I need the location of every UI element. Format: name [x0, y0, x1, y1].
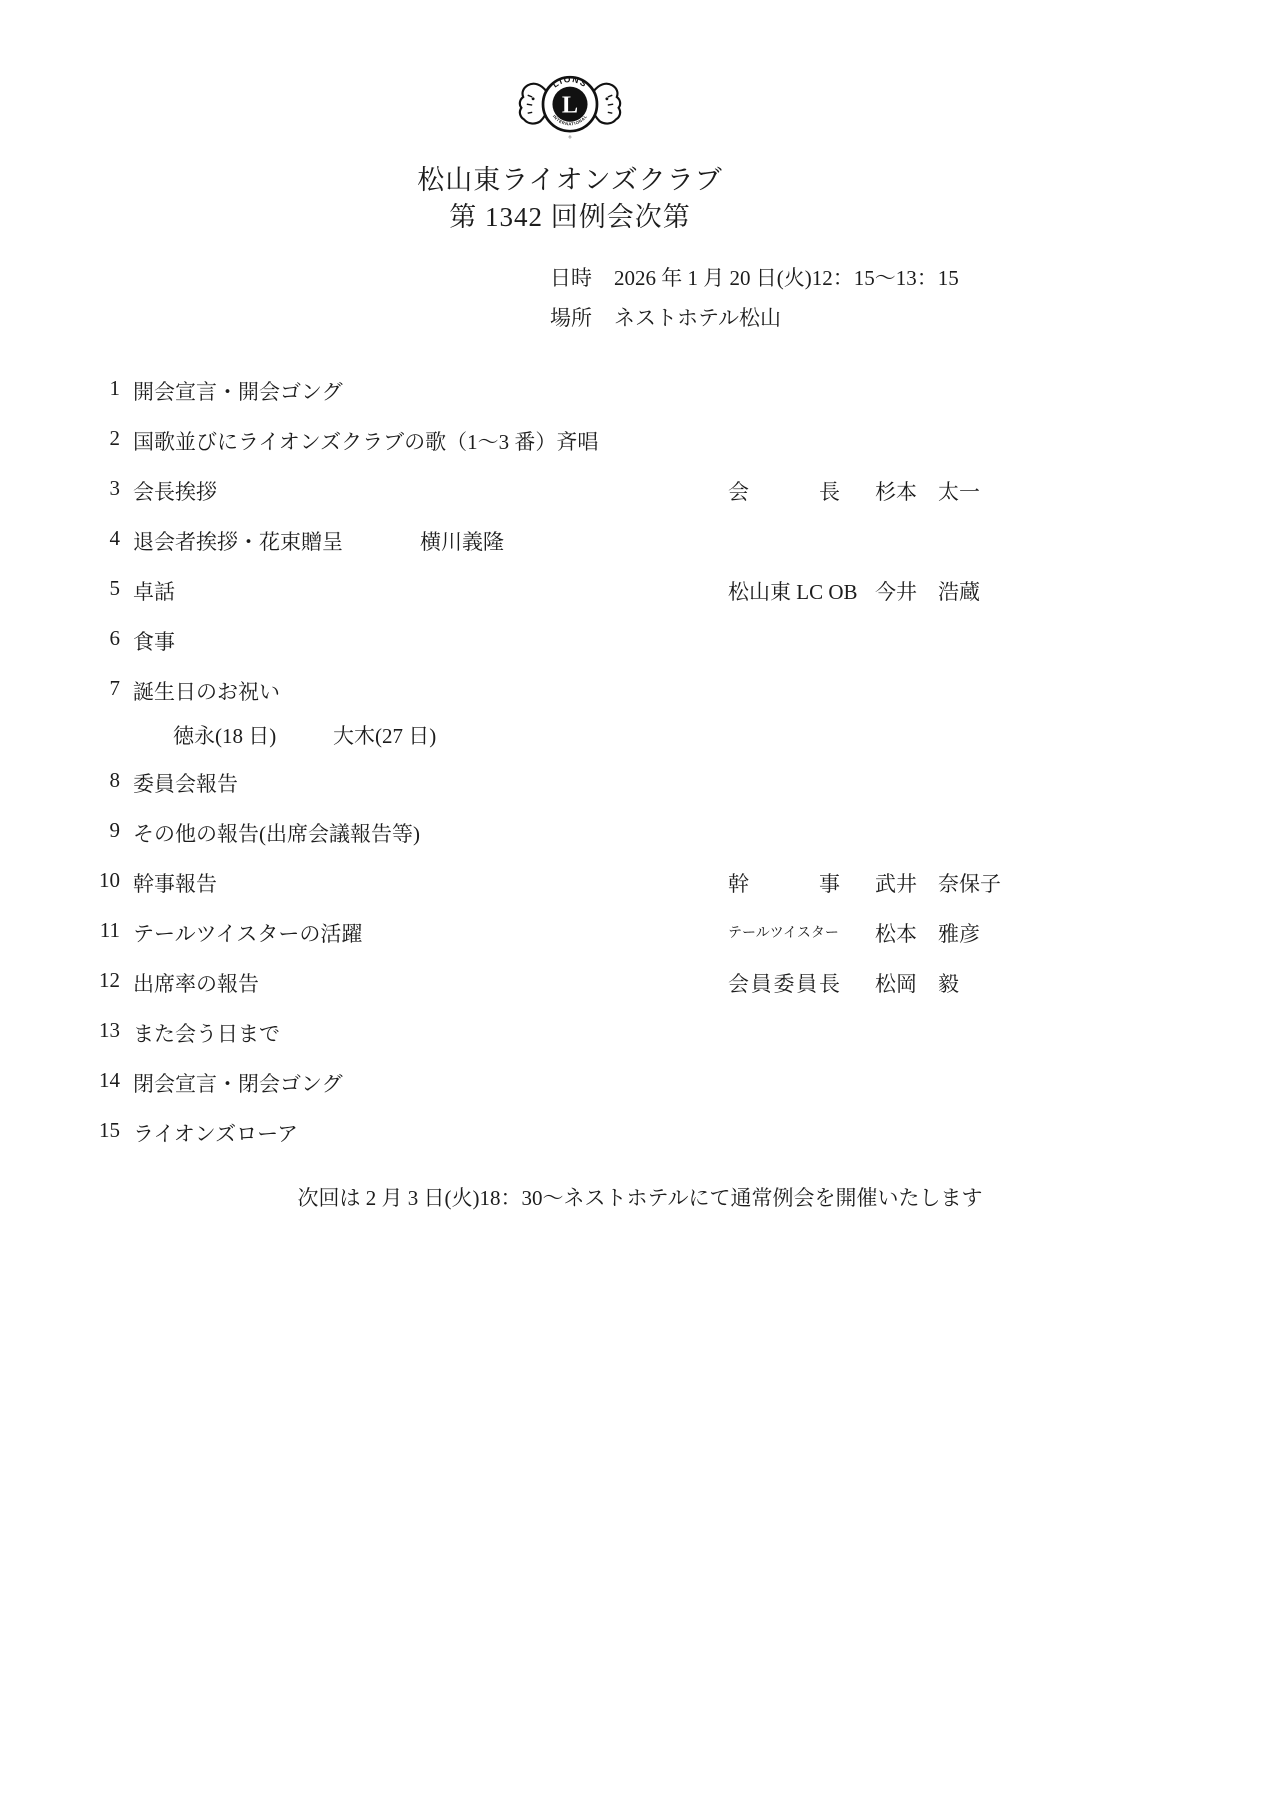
agenda-item-right-column: 幹事 武井 奈保子: [728, 868, 840, 898]
logo-container: L LIONS INTERNATIONAL ®: [70, 52, 1070, 165]
agenda-item-number: 9: [80, 818, 120, 843]
logo-center-letter: L: [562, 92, 578, 119]
officer-role: 会長: [728, 476, 840, 506]
agenda-row: 6 食事: [70, 618, 1210, 668]
agenda-item-label: 会長挨拶: [133, 476, 217, 506]
club-title: 松山東ライオンズクラブ: [70, 162, 1070, 199]
agenda-row: 12 出席率の報告 会員委員長 松岡 毅: [70, 960, 1210, 1010]
agenda-row: 15 ライオンズローア: [70, 1110, 1210, 1160]
meeting-meta: 日時2026 年 1 月 20 日(火)12：15～13：15 場所ネストホテル…: [550, 258, 959, 338]
agenda-row: 1 開会宣言・開会ゴング: [70, 368, 1210, 418]
agenda-item-label: テールツイスターの活躍: [133, 918, 362, 948]
agenda-item-right-column: 会員委員長 松岡 毅: [728, 968, 840, 998]
agenda-item-label: 出席率の報告: [133, 968, 259, 998]
agenda-item-number: 11: [80, 918, 120, 943]
agenda-item-number: 14: [80, 1068, 120, 1093]
agenda-row: 3 会長挨拶 会長 杉本 太一: [70, 468, 1210, 518]
officer-role: 会員委員長: [728, 968, 840, 998]
agenda-item-right-column: 松山東 LC OB 今井 浩蔵: [728, 576, 858, 606]
agenda-row: 11 テールツイスターの活躍 テールツイスター 松本 雅彦: [70, 910, 1210, 960]
lions-international-logo-icon: L LIONS INTERNATIONAL ®: [516, 52, 624, 160]
birthday-member-name: 徳永(18 日): [173, 720, 276, 750]
officer-name: 松本 雅彦: [875, 918, 980, 948]
next-meeting-notice: 次回は 2 月 3 日(火)18：30～ネストホテルにて通常例会を開催いたします: [70, 1182, 1210, 1212]
meeting-title: 第 1342 回例会次第: [70, 199, 1070, 236]
officer-name: 杉本 太一: [875, 476, 980, 506]
agenda-item-number: 6: [80, 626, 120, 651]
agenda-item-label: 卓話: [133, 576, 175, 606]
datetime-label: 日時: [550, 266, 592, 290]
agenda-row: 10 幹事報告 幹事 武井 奈保子: [70, 860, 1210, 910]
agenda-item-label: 国歌並びにライオンズクラブの歌（1～3 番）斉唱: [133, 426, 598, 456]
agenda-item-number: 1: [80, 376, 120, 401]
agenda-row: 8 委員会報告: [70, 760, 1210, 810]
agenda-item-label: 委員会報告: [133, 768, 238, 798]
venue-label: 場所: [550, 306, 592, 330]
agenda-birthday-names-row: 徳永(18 日)大木(27 日): [70, 718, 1210, 760]
agenda-row: 4 退会者挨拶・花束贈呈 横川義隆: [70, 518, 1210, 568]
officer-name: 今井 浩蔵: [875, 576, 980, 606]
agenda-item-label: 開会宣言・開会ゴング: [133, 376, 343, 406]
agenda-item-label: また会う日まで: [133, 1018, 280, 1048]
agenda-item-person-inline: 横川義隆: [420, 526, 504, 556]
datetime-value: 2026 年 1 月 20 日(火)12：15～13：15: [614, 266, 959, 290]
agenda-row: 13 また会う日まで: [70, 1010, 1210, 1060]
agenda-row: 7 誕生日のお祝い: [70, 668, 1210, 718]
agenda-item-number: 10: [80, 868, 120, 893]
birthday-member-name: 大木(27 日): [333, 720, 436, 750]
agenda-item-label: 誕生日のお祝い: [133, 676, 280, 706]
agenda-item-label: 閉会宣言・閉会ゴング: [133, 1068, 343, 1098]
agenda-item-number: 3: [80, 476, 120, 501]
document-page: L LIONS INTERNATIONAL ® 松山東ライオンズクラブ 第 13…: [0, 0, 1280, 1810]
agenda-item-number: 4: [80, 526, 120, 551]
agenda-item-right-column: 会長 杉本 太一: [728, 476, 840, 506]
officer-role: テールツイスター: [728, 922, 839, 942]
agenda-item-number: 15: [80, 1118, 120, 1143]
meeting-venue-row: 場所ネストホテル松山: [550, 298, 959, 338]
officer-role: 松山東 LC OB: [728, 576, 858, 606]
meeting-datetime-row: 日時2026 年 1 月 20 日(火)12：15～13：15: [550, 258, 959, 298]
document-header: 松山東ライオンズクラブ 第 1342 回例会次第: [70, 162, 1070, 236]
agenda-list: 1 開会宣言・開会ゴング 2 国歌並びにライオンズクラブの歌（1～3 番）斉唱 …: [70, 368, 1210, 1160]
agenda-item-number: 13: [80, 1018, 120, 1043]
agenda-item-number: 12: [80, 968, 120, 993]
officer-name: 松岡 毅: [875, 968, 959, 998]
agenda-item-label: 幹事報告: [133, 868, 217, 898]
agenda-item-label: ライオンズローア: [133, 1118, 298, 1148]
agenda-item-label: 退会者挨拶・花束贈呈: [133, 526, 343, 556]
agenda-item-number: 8: [80, 768, 120, 793]
agenda-item-label: その他の報告(出席会議報告等): [133, 818, 420, 848]
agenda-item-number: 2: [80, 426, 120, 451]
agenda-item-label: 食事: [133, 626, 175, 656]
officer-role: 幹事: [728, 868, 840, 898]
agenda-row: 9 その他の報告(出席会議報告等): [70, 810, 1210, 860]
venue-value: ネストホテル松山: [614, 306, 781, 330]
agenda-item-right-column: テールツイスター 松本 雅彦: [728, 918, 839, 943]
officer-name: 武井 奈保子: [875, 868, 1001, 898]
agenda-item-number: 7: [80, 676, 120, 701]
agenda-row: 14 閉会宣言・閉会ゴング: [70, 1060, 1210, 1110]
agenda-item-number: 5: [80, 576, 120, 601]
agenda-row: 2 国歌並びにライオンズクラブの歌（1～3 番）斉唱: [70, 418, 1210, 468]
logo-registered-mark: ®: [568, 134, 572, 139]
agenda-row: 5 卓話 松山東 LC OB 今井 浩蔵: [70, 568, 1210, 618]
